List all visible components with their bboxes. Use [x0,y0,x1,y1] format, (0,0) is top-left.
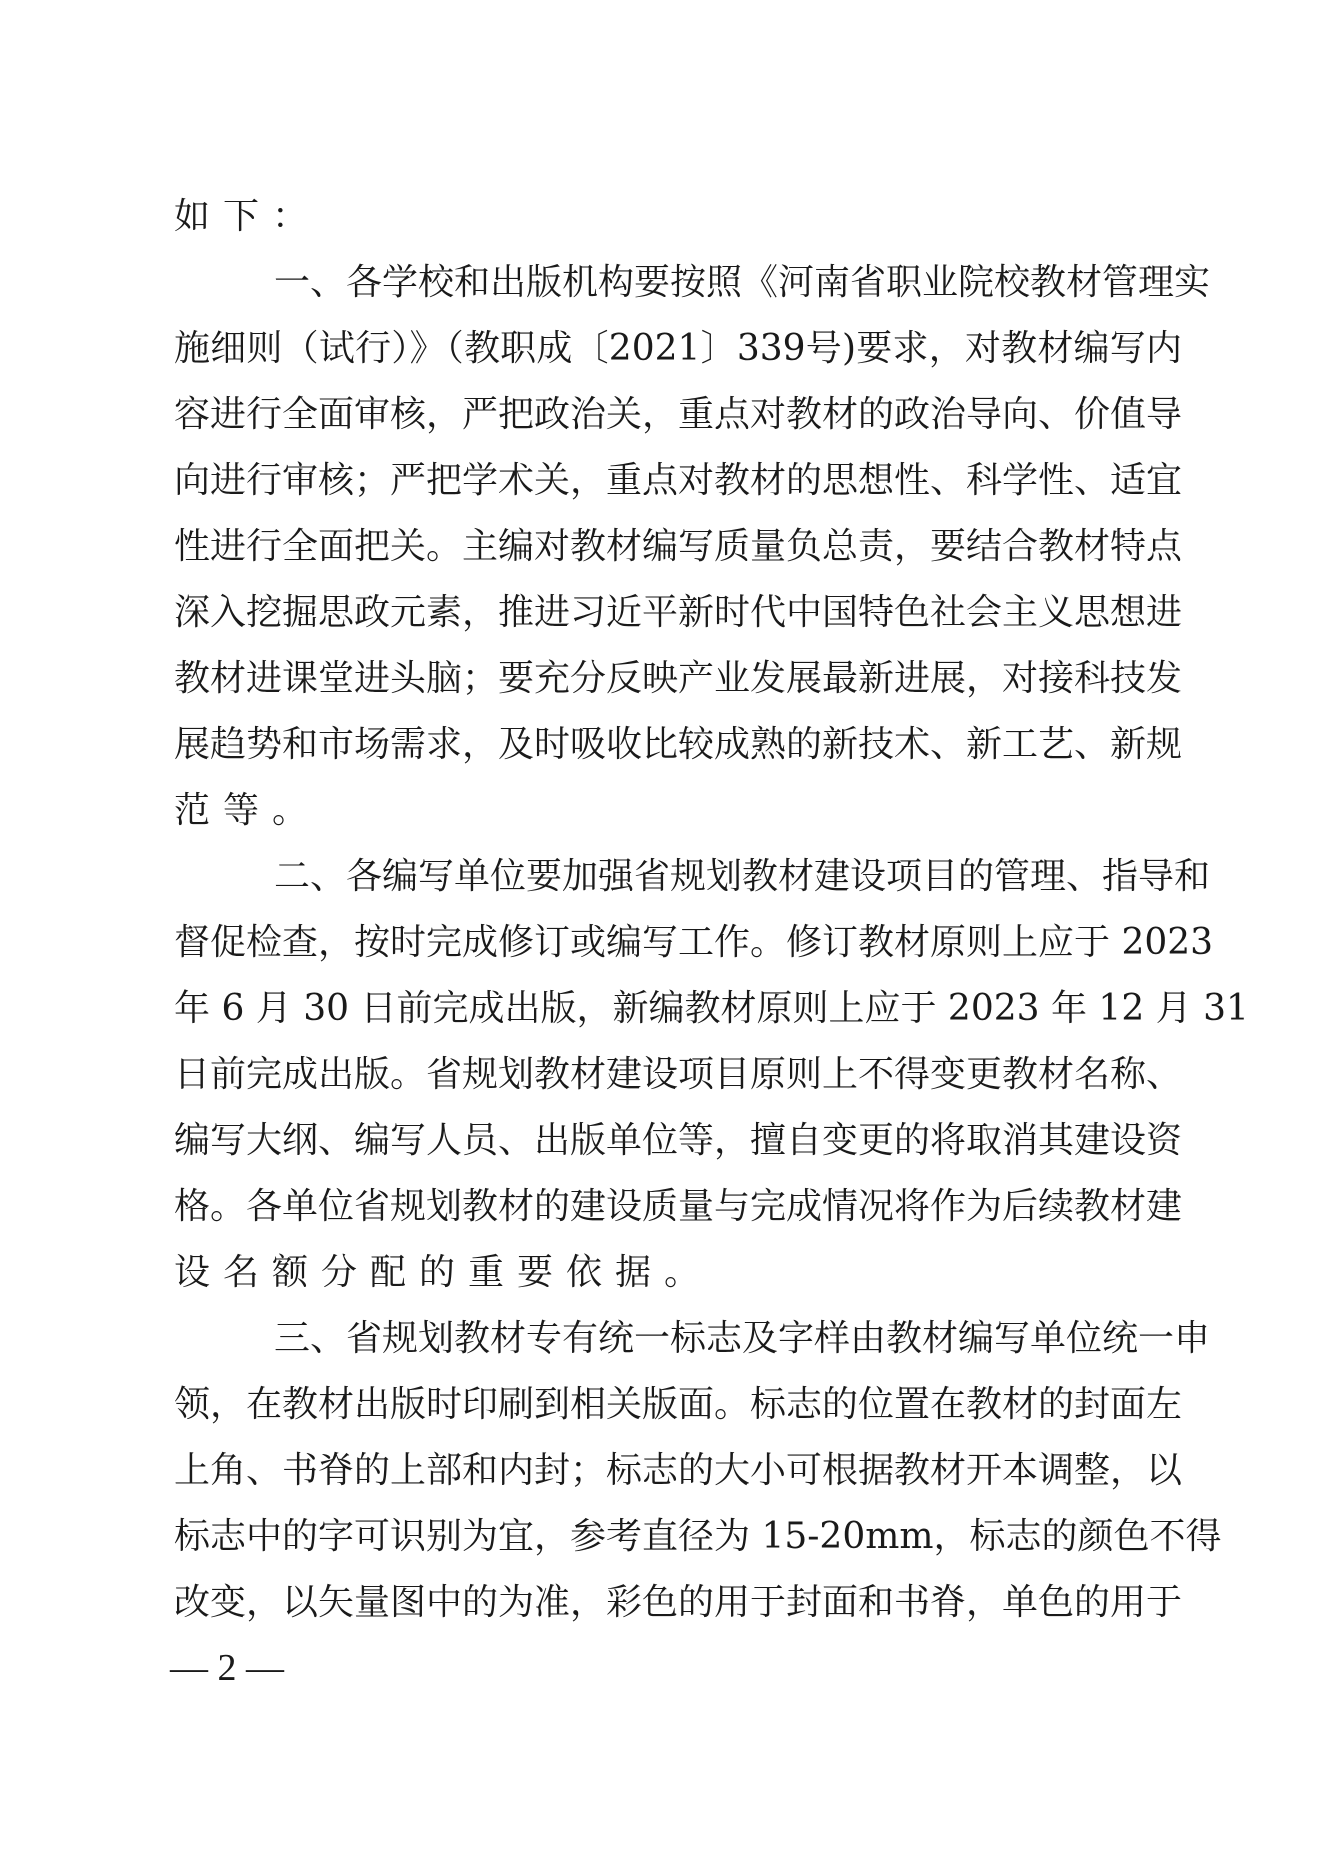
text-line: 性进行全面把关。主编对教材编写质量负总责，要结合教材特点 [174,514,1182,580]
text-line: 向进行审核；严把学术关，重点对教材的思想性、科学性、适宜 [174,448,1182,514]
text-line: 范等。 [174,778,1182,844]
text-line: 教材进课堂进头脑；要充分反映产业发展最新进展，对接科技发 [174,646,1182,712]
text-line: 设名额分配的重要依据。 [174,1240,1182,1306]
page-number: — 2 — [170,1645,284,1691]
text-line: 改变，以矢量图中的为准，彩色的用于封面和书脊，单色的用于 [174,1570,1182,1636]
text-line: 年 6 月 30 日前完成出版，新编教材原则上应于 2023 年 12 月 31 [174,976,1182,1042]
document-page: 如下： 一、各学校和出版机构要按照《河南省职业院校教材管理实 施细则（试行）》（… [0,0,1323,1871]
text-line: 领，在教材出版时印刷到相关版面。标志的位置在教材的封面左 [174,1372,1182,1438]
paragraph-2-start: 二、各编写单位要加强省规划教材建设项目的管理、指导和 [274,844,1182,910]
text-line: 深入挖掘思政元素，推进习近平新时代中国特色社会主义思想进 [174,580,1182,646]
text-line: 如下： [174,184,1182,250]
text-line: 容进行全面审核，严把政治关，重点对教材的政治导向、价值导 [174,382,1182,448]
text-line: 格。各单位省规划教材的建设质量与完成情况将作为后续教材建 [174,1174,1182,1240]
paragraph-3-start: 三、省规划教材专有统一标志及字样由教材编写单位统一申 [274,1306,1182,1372]
text-line: 日前完成出版。省规划教材建设项目原则上不得变更教材名称、 [174,1042,1182,1108]
text-line: 展趋势和市场需求，及时吸收比较成熟的新技术、新工艺、新规 [174,712,1182,778]
paragraph-1-start: 一、各学校和出版机构要按照《河南省职业院校教材管理实 [274,250,1182,316]
text-line: 上角、书脊的上部和内封；标志的大小可根据教材开本调整，以 [174,1438,1182,1504]
text-line: 督促检查，按时完成修订或编写工作。修订教材原则上应于 2023 [174,910,1182,976]
text-line: 施细则（试行）》（教职成〔2021〕339号)要求，对教材编写内 [174,316,1182,382]
text-line: 标志中的字可识别为宜，参考直径为 15-20mm，标志的颜色不得 [174,1504,1182,1570]
text-line: 编写大纲、编写人员、出版单位等，擅自变更的将取消其建设资 [174,1108,1182,1174]
